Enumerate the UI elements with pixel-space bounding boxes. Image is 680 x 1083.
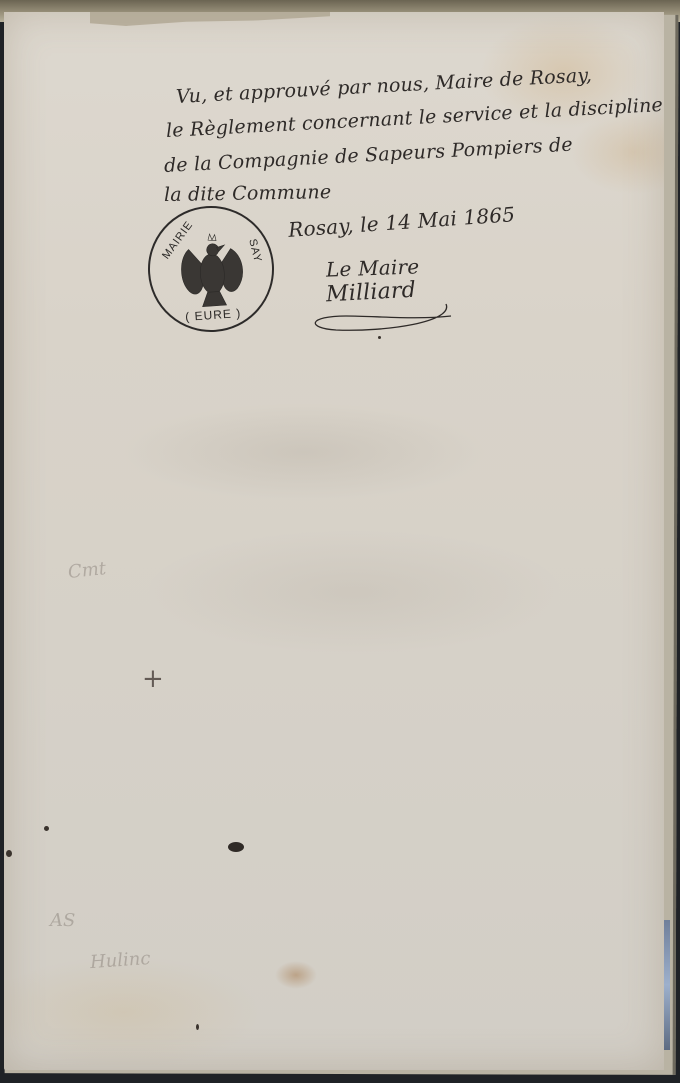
ink-dot bbox=[196, 1024, 199, 1030]
bleed-through-mark: AS bbox=[50, 910, 75, 931]
document-page bbox=[4, 12, 664, 1070]
mairie-stamp: MAIRIE SAY ( EURE ) bbox=[144, 202, 278, 336]
ink-blot bbox=[44, 826, 49, 831]
body-line-4: la dite Commune bbox=[164, 181, 332, 206]
bleed-through-mark: Cmt bbox=[67, 558, 107, 583]
bleed-through-cross: + bbox=[142, 664, 164, 694]
bleed-through-mark: Hulinc bbox=[89, 948, 151, 973]
ink-blot bbox=[6, 850, 12, 857]
signature-flourish bbox=[306, 298, 456, 334]
ink-dot bbox=[378, 336, 381, 339]
ink-blot bbox=[228, 842, 244, 852]
